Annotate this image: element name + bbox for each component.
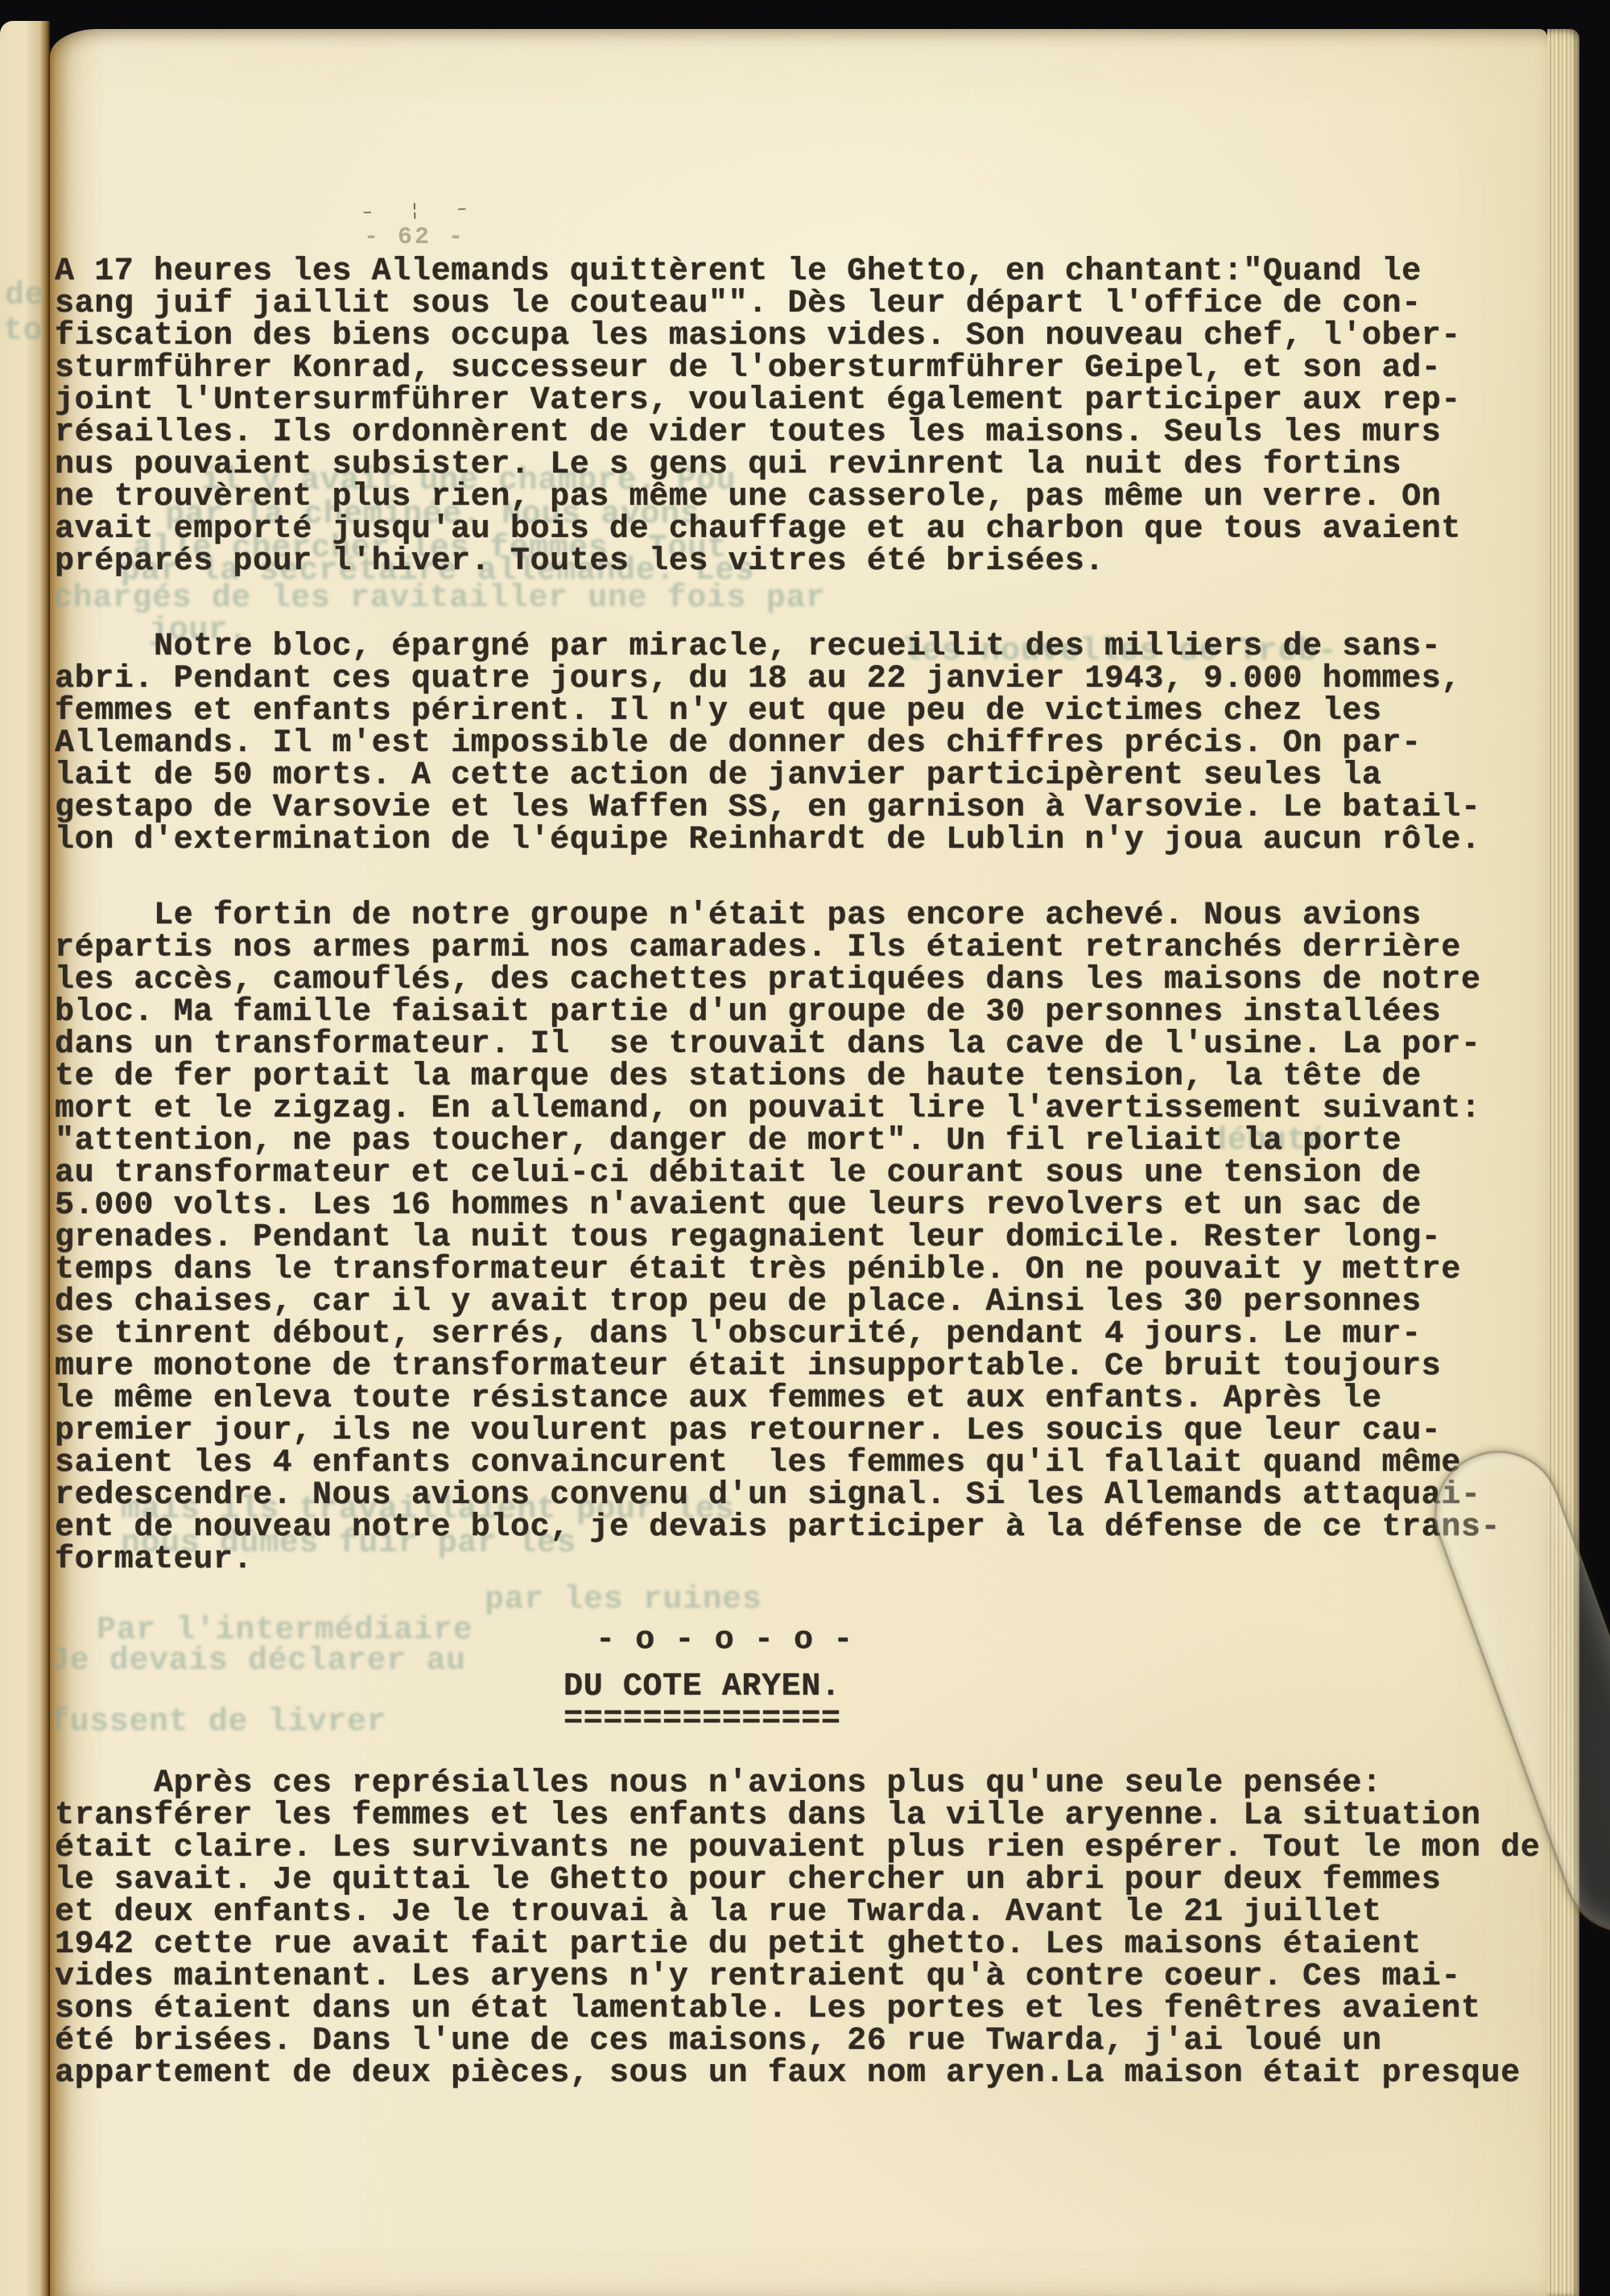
- facing-page-sliver: [0, 21, 50, 2296]
- scanned-page-photo: detoil y avait une chambre. Poupar la ch…: [0, 0, 1610, 2296]
- document-page: [50, 29, 1547, 2296]
- page-edge-stack: [1547, 29, 1579, 2296]
